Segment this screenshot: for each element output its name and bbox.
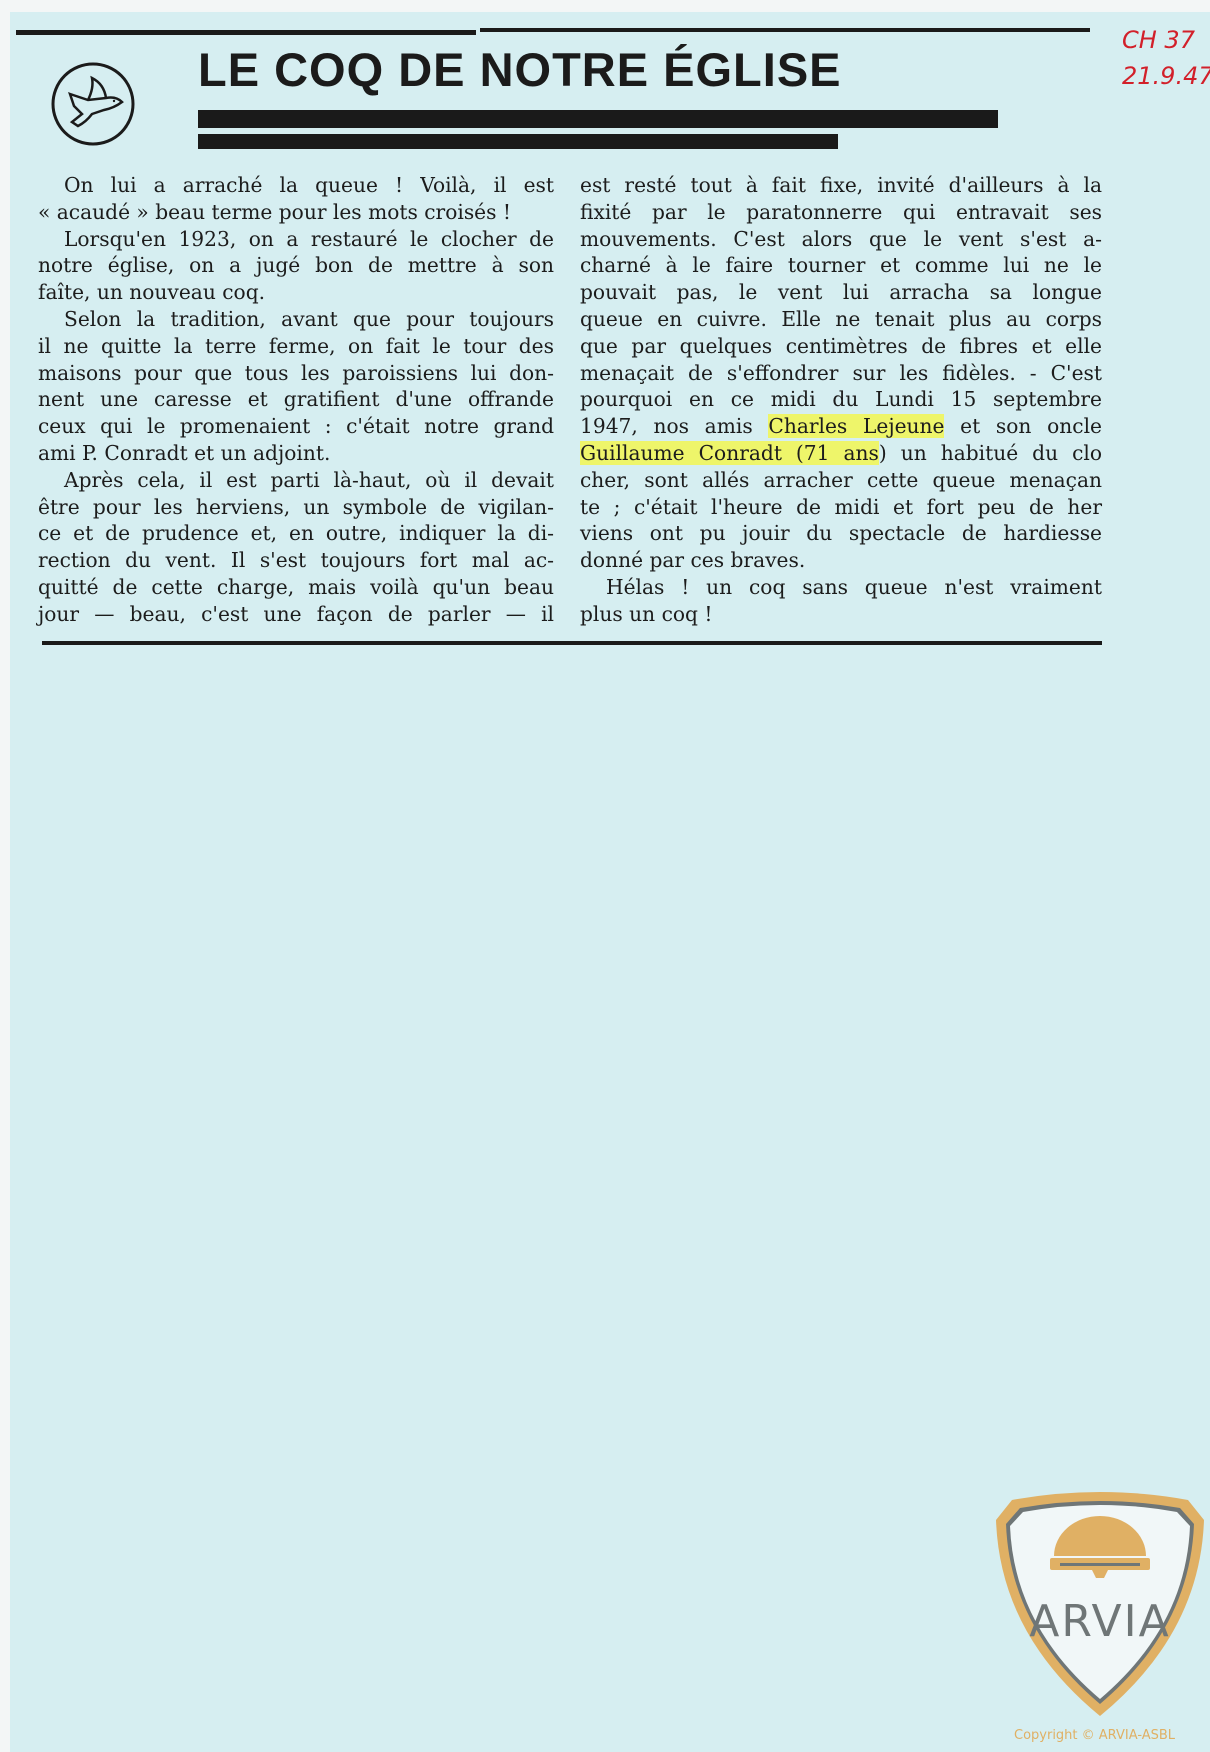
highlighted-name: Guillaume Conradt (71 ans [580,441,879,465]
text-line: jour — beau, c'est une façon de parler —… [38,601,554,628]
text-line: fixité par le paratonnerre qui entravait… [580,199,1102,226]
article-column-2: est resté tout à fait fixe, invité d'ail… [580,172,1102,628]
text-line: viens ont pu jouir du spectacle de hardi… [580,520,1102,547]
badge-text: ARVIA [1029,1596,1170,1647]
text-line: donné par ces braves. [580,547,1102,574]
text-line: quitté de cette charge, mais voilà qu'un… [38,574,554,601]
text-line: pouvait pas, le vent lui arracha sa long… [580,279,1102,306]
text-line: pourquoi en ce midi du Lundi 15 septembr… [580,386,1102,413]
text-line: plus un coq ! [580,601,1102,628]
text-line: « acaudé » beau terme pour les mots croi… [38,199,554,226]
text-line: mouvements. C'est alors que le vent s'es… [580,226,1102,253]
text-line: maisons pour que tous les paroissiens lu… [38,360,554,387]
handwritten-annotation: CH 37 21.9.47 [1122,22,1210,94]
text-line: ceux qui le promenaient : c'était notre … [38,413,554,440]
text-line: faîte, un nouveau coq. [38,279,554,306]
text-segment: ) un habitué du clo [879,441,1102,465]
bottom-rule [42,641,1102,645]
dove-in-circle-icon [48,60,138,148]
top-rule-left [16,30,476,35]
text-line: charné à le faire tourner et comme lui n… [580,252,1102,279]
text-line: être pour les herviens, un symbole de vi… [38,494,554,521]
text-line: ce et de prudence et, en outre, indiquer… [38,520,554,547]
text-line: Hélas ! un coq sans queue n'est vraiment [580,574,1102,601]
annotation-ref: CH 37 [1122,22,1210,58]
text-line: que par quelques centimètres de fibres e… [580,333,1102,360]
top-rule-right [480,28,1090,32]
text-line: Selon la tradition, avant que pour toujo… [38,306,554,333]
article-column-1: On lui a arraché la queue ! Voilà, il es… [38,172,554,628]
text-line: Lorsqu'en 1923, on a restauré le clocher… [38,226,554,253]
text-line: On lui a arraché la queue ! Voilà, il es… [38,172,554,199]
text-line: 1947, nos amis Charles Lejeune et son on… [580,413,1102,440]
annotation-date: 21.9.47 [1122,58,1210,94]
text-line: il ne quitte la terre ferme, on fait le … [38,333,554,360]
text-line: cher, sont allés arracher cette queue me… [580,467,1102,494]
copyright-notice: Copyright © ARVIA-ASBL [1014,1728,1175,1743]
article-title: LE COQ DE NOTRE ÉGLISE [198,42,1098,98]
text-line: te ; c'était l'heure de midi et fort peu… [580,494,1102,521]
text-line: notre église, on a jugé bon de mettre à … [38,252,554,279]
text-line: menaçait de s'effondrer sur les fidèles.… [580,360,1102,387]
text-line: nent une caresse et gratifient d'une off… [38,386,554,413]
text-line: rection du vent. Il s'est toujours fort … [38,547,554,574]
text-segment: 1947, nos amis [580,414,768,438]
text-line: Après cela, il est parti là-haut, où il … [38,467,554,494]
arvia-shield-logo: ARVIA [994,1484,1206,1720]
text-line: queue en cuivre. Elle ne tenait plus au … [580,306,1102,333]
text-line: est resté tout à fait fixe, invité d'ail… [580,172,1102,199]
text-segment: et son oncle [944,414,1102,438]
highlighted-name: Charles Lejeune [768,414,944,438]
text-line: ami P. Conradt et un adjoint. [38,440,554,467]
title-bar-long [198,110,998,128]
title-bar-short [198,134,838,149]
text-line: Guillaume Conradt (71 ans) un habitué du… [580,440,1102,467]
